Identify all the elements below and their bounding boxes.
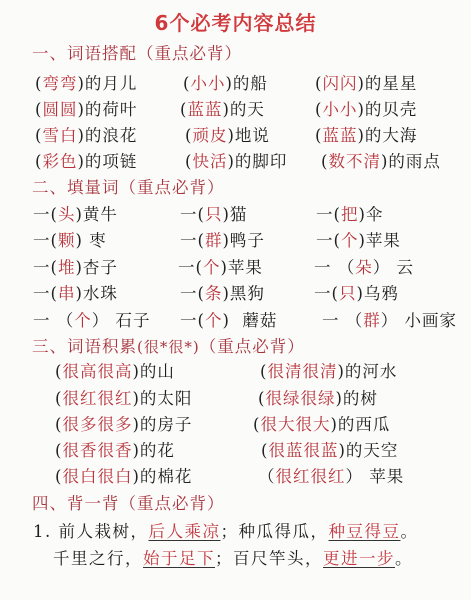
fill-in: 条 [205, 284, 223, 303]
fill-in: 头 [58, 205, 76, 224]
fill-in: 只 [339, 284, 357, 303]
phrase: 一(个) 蘑菇 [180, 307, 277, 331]
phrase: (很香很香)的花 [55, 437, 175, 461]
underlined-answer: 后人乘凉 [149, 522, 221, 541]
phrase: 一(把)伞 [316, 201, 383, 225]
phrase: (雪白)的浪花 [35, 122, 137, 146]
fill-in: 颗 [58, 231, 76, 250]
fill-in: 数不清 [328, 152, 381, 171]
section-heading-word-pairing: 一、词语搭配（重点必背） [32, 40, 242, 64]
phrase: (蓝蓝)的大海 [315, 122, 417, 146]
fill-in: 串 [58, 284, 76, 303]
underlined-answer: 更进一步 [323, 549, 395, 568]
fill-in: 很大很大 [260, 415, 330, 434]
phrase: (顽皮)地说 [185, 122, 270, 146]
phrase: 一 （群） 小画家 [322, 307, 457, 331]
phrase: 一(颗) 枣 [33, 227, 107, 251]
fill-in: 只 [205, 205, 223, 224]
measure-word-row: 一 （个） 石子 一(个) 蘑菇 一 （群） 小画家 [0, 307, 471, 331]
fill-in: 很红很红 [276, 467, 346, 486]
fill-in: 小小 [190, 74, 225, 93]
fill-in: 很多很多 [62, 415, 132, 434]
word-pairing-row: (雪白)的浪花 (顽皮)地说 (蓝蓝)的大海 [0, 122, 471, 146]
phrase: (很清很清)的河水 [260, 358, 397, 382]
fill-in: 顽皮 [192, 126, 227, 145]
fill-in: 堆 [58, 258, 76, 277]
phrase: (彩色)的项链 [35, 148, 137, 172]
poem-line-2: 千里之行，始于足下；百尺竿头，更进一步。 [53, 545, 413, 569]
fill-in: 蓝蓝 [187, 100, 222, 119]
fill-in: 蓝蓝 [322, 126, 357, 145]
phrase: （很红很红） 苹果 [258, 463, 404, 487]
measure-word-row: 一(堆)杏子 一(个)苹果 一 （朵） 云 [0, 254, 471, 278]
phrase: 一(堆)杏子 [33, 254, 118, 278]
phrase: (很红很红)的太阳 [55, 385, 192, 409]
fill-in: 个 [205, 311, 223, 330]
phrase: 一(串)水珠 [33, 280, 118, 304]
fill-in: 雪白 [42, 126, 77, 145]
fill-in: 朵 [355, 258, 373, 277]
phrase: 一(只)乌鸦 [314, 280, 399, 304]
underlined-answer: 种豆得豆 [329, 522, 401, 541]
fill-in: 把 [341, 205, 359, 224]
phrase: (很多很多)的房子 [55, 411, 192, 435]
word-accumulation-row: (很香很香)的花 (很蓝很蓝)的天空 [0, 437, 471, 461]
fill-in: 很清很清 [267, 362, 337, 381]
phrase: (蓝蓝)的天 [180, 96, 265, 120]
phrase: (很蓝很蓝)的天空 [261, 437, 398, 461]
word-accumulation-row: (很红很红)的太阳 (很绿很绿)的树 [0, 385, 471, 409]
phrase: (数不清)的雨点 [321, 148, 441, 172]
fill-in: 很高很高 [62, 362, 132, 381]
fill-in: 快活 [192, 152, 227, 171]
phrase: 一 （朵） 云 [314, 254, 414, 278]
fill-in: 闪闪 [322, 74, 357, 93]
fill-in: 彩色 [42, 152, 77, 171]
phrase: 一(个)苹果 [316, 227, 401, 251]
word-accumulation-row: (很白很白)的棉花 （很红很红） 苹果 [0, 463, 471, 487]
measure-word-row: 一(颗) 枣 一(群)鸭子 一(个)苹果 [0, 227, 471, 251]
phrase: (小小)的贝壳 [315, 96, 417, 120]
fill-in: 个 [203, 258, 221, 277]
phrase: (很白很白)的棉花 [55, 463, 192, 487]
fill-in: 弯弯 [42, 74, 77, 93]
page-title: 6个必考内容总结 [0, 7, 471, 36]
fill-in: 很香很香 [62, 441, 132, 460]
phrase: 一(只)猫 [180, 201, 247, 225]
word-accumulation-row: (很多很多)的房子 (很大很大)的西瓜 [0, 411, 471, 435]
phrase: (圆圆)的荷叶 [35, 96, 137, 120]
phrase: (快活)的脚印 [185, 148, 287, 172]
phrase: (弯弯)的月儿 [35, 70, 137, 94]
measure-word-row: 一(串)水珠 一(条)黑狗 一(只)乌鸦 [0, 280, 471, 304]
measure-word-row: 一(头)黄牛 一(只)猫 一(把)伞 [0, 201, 471, 225]
fill-in: 个 [74, 311, 92, 330]
section-heading-measure-words: 二、填量词（重点必背） [32, 174, 225, 198]
word-pairing-row: (弯弯)的月儿 (小小)的船 (闪闪)的星星 [0, 70, 471, 94]
phrase: (很高很高)的山 [55, 358, 175, 382]
word-pairing-row: (彩色)的项链 (快活)的脚印 (数不清)的雨点 [0, 148, 471, 172]
word-accumulation-row: (很高很高)的山 (很清很清)的河水 [0, 358, 471, 382]
word-pairing-row: (圆圆)的荷叶 (蓝蓝)的天 (小小)的贝壳 [0, 96, 471, 120]
fill-in: 很红很红 [62, 389, 132, 408]
poem-line-1: 1. 前人栽树，后人乘凉；种瓜得瓜，种豆得豆。 [33, 518, 419, 542]
underlined-answer: 始于足下 [143, 549, 215, 568]
phrase: 一 （个） 石子 [33, 307, 151, 331]
section-heading-recite: 四、背一背（重点必背） [32, 490, 225, 514]
fill-in: 个 [341, 231, 359, 250]
section-heading-word-accumulation: 三、词语积累(很*很*)（重点必背） [32, 333, 305, 357]
phrase: (小小)的船 [183, 70, 268, 94]
fill-in: 小小 [322, 100, 357, 119]
phrase: 一(条)黑狗 [180, 280, 265, 304]
phrase: (很绿很绿)的树 [258, 385, 378, 409]
fill-in: 很绿很绿 [265, 389, 335, 408]
phrase: 一(头)黄牛 [33, 201, 118, 225]
fill-in: 群 [363, 311, 381, 330]
fill-in: 很蓝很蓝 [268, 441, 338, 460]
fill-in: 圆圆 [42, 100, 77, 119]
phrase: (很大很大)的西瓜 [253, 411, 390, 435]
fill-in: 很白很白 [62, 467, 132, 486]
phrase: 一(群)鸭子 [180, 227, 265, 251]
fill-in: 群 [205, 231, 223, 250]
phrase: 一(个)苹果 [178, 254, 263, 278]
phrase: (闪闪)的星星 [315, 70, 417, 94]
